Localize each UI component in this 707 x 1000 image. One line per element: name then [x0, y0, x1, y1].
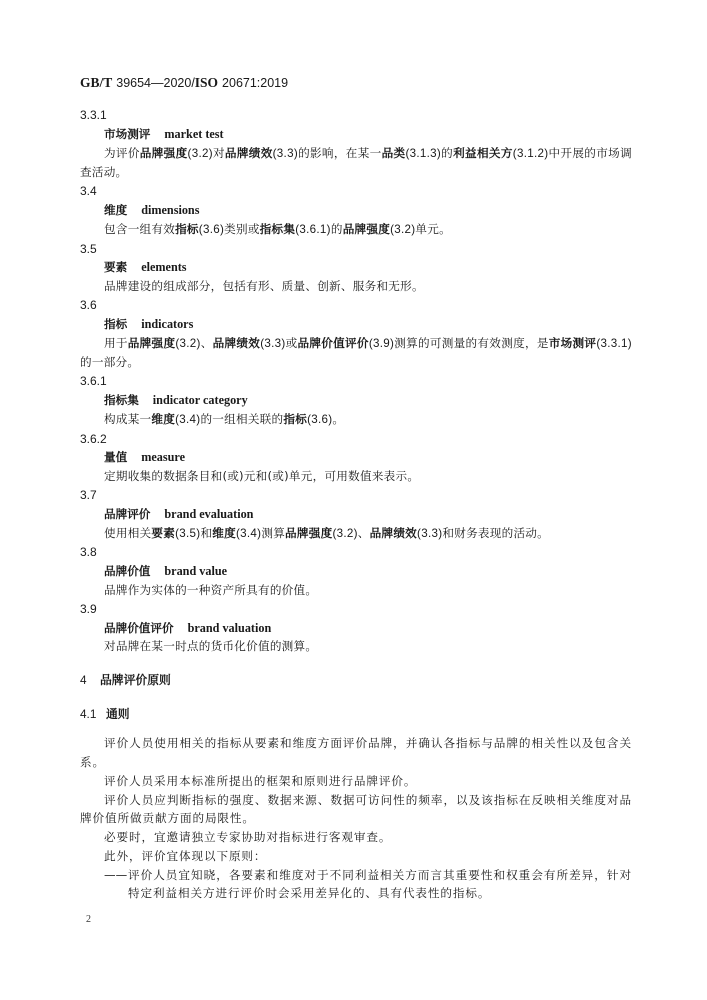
clause-reference: (3.3) [417, 527, 442, 540]
section-title-text: 品牌评价原则 [100, 673, 171, 687]
definition-text: 的 [331, 222, 343, 236]
clause-number: 3.7 [80, 486, 632, 505]
clause-reference: (3.3) [273, 147, 298, 160]
clause-reference: (3.3.1) [596, 337, 632, 350]
term-zh: 市场测评 [104, 127, 150, 141]
defined-term-ref: 要素 [151, 526, 175, 540]
term-heading: 指标集indicator category [80, 391, 632, 410]
definition-text: 和财务表现的活动。 [442, 526, 549, 540]
definition-text: 、 [201, 336, 213, 350]
definition-text: 的影响，在某一 [298, 146, 382, 160]
paragraph: 此外，评价宜体现以下原则： [80, 847, 632, 866]
term-heading: 量值measure [80, 448, 632, 467]
definition-text: 。 [332, 412, 344, 426]
clause-reference: (3.6) [199, 223, 224, 236]
list-item-text: 评价人员宜知晓，各要素和维度对于不同利益相关方而言其重要性和权重会有所差异，针对… [128, 868, 632, 901]
terms-list: 3.3.1市场测评market test为评价品牌强度(3.2)对品牌绩效(3.… [80, 106, 632, 656]
clause-reference: (3.5) [175, 527, 200, 540]
clause-number: 3.4 [80, 182, 632, 201]
defined-term-ref: 品牌绩效 [370, 526, 417, 540]
definition-text: 品牌作为实体的一种资产所具有的价值。 [104, 583, 317, 597]
definition-text: 、 [358, 526, 370, 540]
term-zh: 量值 [104, 450, 127, 464]
term-definition: 构成某一维度(3.4)的一组相关联的指标(3.6)。 [80, 410, 632, 430]
clause-reference: (3.2) [332, 527, 357, 540]
term-en: elements [141, 260, 186, 274]
defined-term-ref: 指标集 [260, 222, 296, 236]
term-zh: 指标 [104, 317, 127, 331]
clause-reference: (3.2) [390, 223, 415, 236]
term-definition: 包含一组有效指标(3.6)类别或指标集(3.6.1)的品牌强度(3.2)单元。 [80, 220, 632, 240]
term-heading: 指标indicators [80, 315, 632, 334]
definition-text: 或 [286, 336, 298, 350]
document-body: 3.3.1市场测评market test为评价品牌强度(3.2)对品牌绩效(3.… [80, 106, 632, 903]
section-4-1-title: 4.1通则 [80, 704, 632, 724]
term-en: measure [141, 450, 185, 464]
defined-term-ref: 指标 [283, 412, 307, 426]
definition-text: 使用相关 [104, 526, 151, 540]
defined-term-ref: 品牌强度 [140, 146, 188, 160]
clause-reference: (3.2) [188, 147, 213, 160]
clause-reference: (3.6) [307, 413, 332, 426]
defined-term-ref: 维度 [212, 526, 236, 540]
definition-text: 对 [213, 146, 225, 160]
term-definition: 使用相关要素(3.5)和维度(3.4)测算品牌强度(3.2)、品牌绩效(3.3)… [80, 524, 632, 544]
iso-number: 20671:2019 [222, 76, 288, 90]
term-definition: 定期收集的数据条目和(或)元和(或)单元，可用数值来表示。 [80, 467, 632, 486]
document-page: GB/T 39654—2020/ISO 20671:2019 3.3.1市场测评… [0, 0, 707, 1000]
clause-number: 3.8 [80, 543, 632, 562]
term-zh: 品牌评价 [104, 507, 150, 521]
defined-term-ref: 品牌绩效 [225, 146, 273, 160]
term-heading: 维度dimensions [80, 201, 632, 220]
clause-reference: (3.1.3) [405, 147, 441, 160]
term-heading: 品牌评价brand evaluation [80, 505, 632, 524]
term-definition: 品牌作为实体的一种资产所具有的价值。 [80, 581, 632, 600]
clause-number: 3.6 [80, 296, 632, 315]
section-4-title: 4品牌评价原则 [80, 670, 632, 690]
term-definition: 品牌建设的组成部分，包括有形、质量、创新、服务和无形。 [80, 277, 632, 296]
term-en: indicator category [153, 393, 248, 407]
defined-term-ref: 维度 [151, 412, 175, 426]
term-heading: 要素elements [80, 258, 632, 277]
term-en: indicators [141, 317, 193, 331]
clause-reference: (3.4) [175, 413, 200, 426]
term-zh: 品牌价值评价 [104, 621, 174, 635]
clause-number: 3.6.2 [80, 430, 632, 449]
definition-text: 构成某一 [104, 412, 151, 426]
defined-term-ref: 品类 [382, 146, 406, 160]
clause-reference: (3.1.2) [513, 147, 549, 160]
definition-text: 用于 [104, 336, 128, 350]
defined-term-ref: 品牌绩效 [213, 336, 261, 350]
term-zh: 维度 [104, 203, 127, 217]
defined-term-ref: 利益相关方 [453, 146, 513, 160]
clause-number: 3.3.1 [80, 106, 632, 125]
paragraph: 评价人员采用本标准所提出的框架和原则进行品牌评价。 [80, 772, 632, 791]
clause-reference: (3.3) [260, 337, 285, 350]
section-number: 4 [80, 670, 100, 690]
definition-text: 测算 [261, 526, 285, 540]
clause-reference: (3.9) [369, 337, 394, 350]
clause-reference: (3.2) [175, 337, 200, 350]
definition-text: 单元。 [415, 222, 451, 236]
term-definition: 用于品牌强度(3.2)、品牌绩效(3.3)或品牌价值评价(3.9)测算的可测量的… [80, 334, 632, 373]
definition-text: 和 [200, 526, 212, 540]
paragraph: 评价人员使用相关的指标从要素和维度方面评价品牌，并确认各指标与品牌的相关性以及包… [80, 734, 632, 772]
definition-text: 品牌建设的组成部分，包括有形、质量、创新、服务和无形。 [104, 279, 424, 293]
term-zh: 指标集 [104, 393, 139, 407]
page-number: 2 [86, 914, 91, 925]
term-heading: 品牌价值brand value [80, 562, 632, 581]
definition-text: 对品牌在某一时点的货币化价值的测算。 [104, 639, 317, 653]
defined-term-ref: 品牌价值评价 [297, 336, 368, 350]
standard-header: GB/T 39654—2020/ISO 20671:2019 [80, 75, 288, 91]
term-zh: 品牌价值 [104, 564, 150, 578]
definition-text: 定期收集的数据条目和(或)元和(或)单元，可用数值来表示。 [104, 469, 419, 483]
defined-term-ref: 品牌强度 [128, 336, 176, 350]
term-en: dimensions [141, 203, 199, 217]
term-definition: 对品牌在某一时点的货币化价值的测算。 [80, 637, 632, 656]
defined-term-ref: 市场测评 [549, 336, 597, 350]
term-en: brand valuation [188, 621, 272, 635]
clause-reference: (3.4) [236, 527, 261, 540]
subsection-number: 4.1 [80, 704, 106, 724]
term-en: brand value [164, 564, 227, 578]
clause-number: 3.9 [80, 600, 632, 619]
clause-reference: (3.6.1) [295, 223, 331, 236]
definition-text: 包含一组有效 [104, 222, 175, 236]
term-heading: 市场测评market test [80, 125, 632, 144]
defined-term-ref: 指标 [175, 222, 199, 236]
paragraph: 必要时，宜邀请独立专家协助对指标进行客观审查。 [80, 828, 632, 847]
definition-text: 测算的可测量的有效测度，是 [394, 336, 549, 350]
defined-term-ref: 品牌强度 [285, 526, 332, 540]
standard-prefix: GB/T [80, 75, 112, 90]
definition-text: 类别或 [224, 222, 260, 236]
term-heading: 品牌价值评价brand valuation [80, 619, 632, 638]
subsection-title-text: 通则 [106, 707, 130, 721]
definition-text: 为评价 [104, 146, 140, 160]
paragraph: 评价人员应判断指标的强度、数据来源、数据可访问性的频率，以及该指标在反映相关维度… [80, 791, 632, 829]
term-definition: 为评价品牌强度(3.2)对品牌绩效(3.3)的影响，在某一品类(3.1.3)的利… [80, 144, 632, 183]
standard-number: 39654—2020/ [116, 76, 195, 90]
definition-text: 的 [441, 146, 453, 160]
definition-text: 的一部分。 [80, 355, 139, 369]
clause-number: 3.6.1 [80, 372, 632, 391]
dash-bullet: —— [104, 866, 127, 885]
defined-term-ref: 品牌强度 [343, 222, 390, 236]
definition-text: 的一组相关联的 [200, 412, 283, 426]
list-item: ——评价人员宜知晓，各要素和维度对于不同利益相关方而言其重要性和权重会有所差异，… [80, 866, 632, 904]
term-zh: 要素 [104, 260, 127, 274]
term-en: market test [164, 127, 223, 141]
clause-number: 3.5 [80, 240, 632, 259]
term-en: brand evaluation [164, 507, 253, 521]
iso-prefix: ISO [195, 75, 218, 90]
